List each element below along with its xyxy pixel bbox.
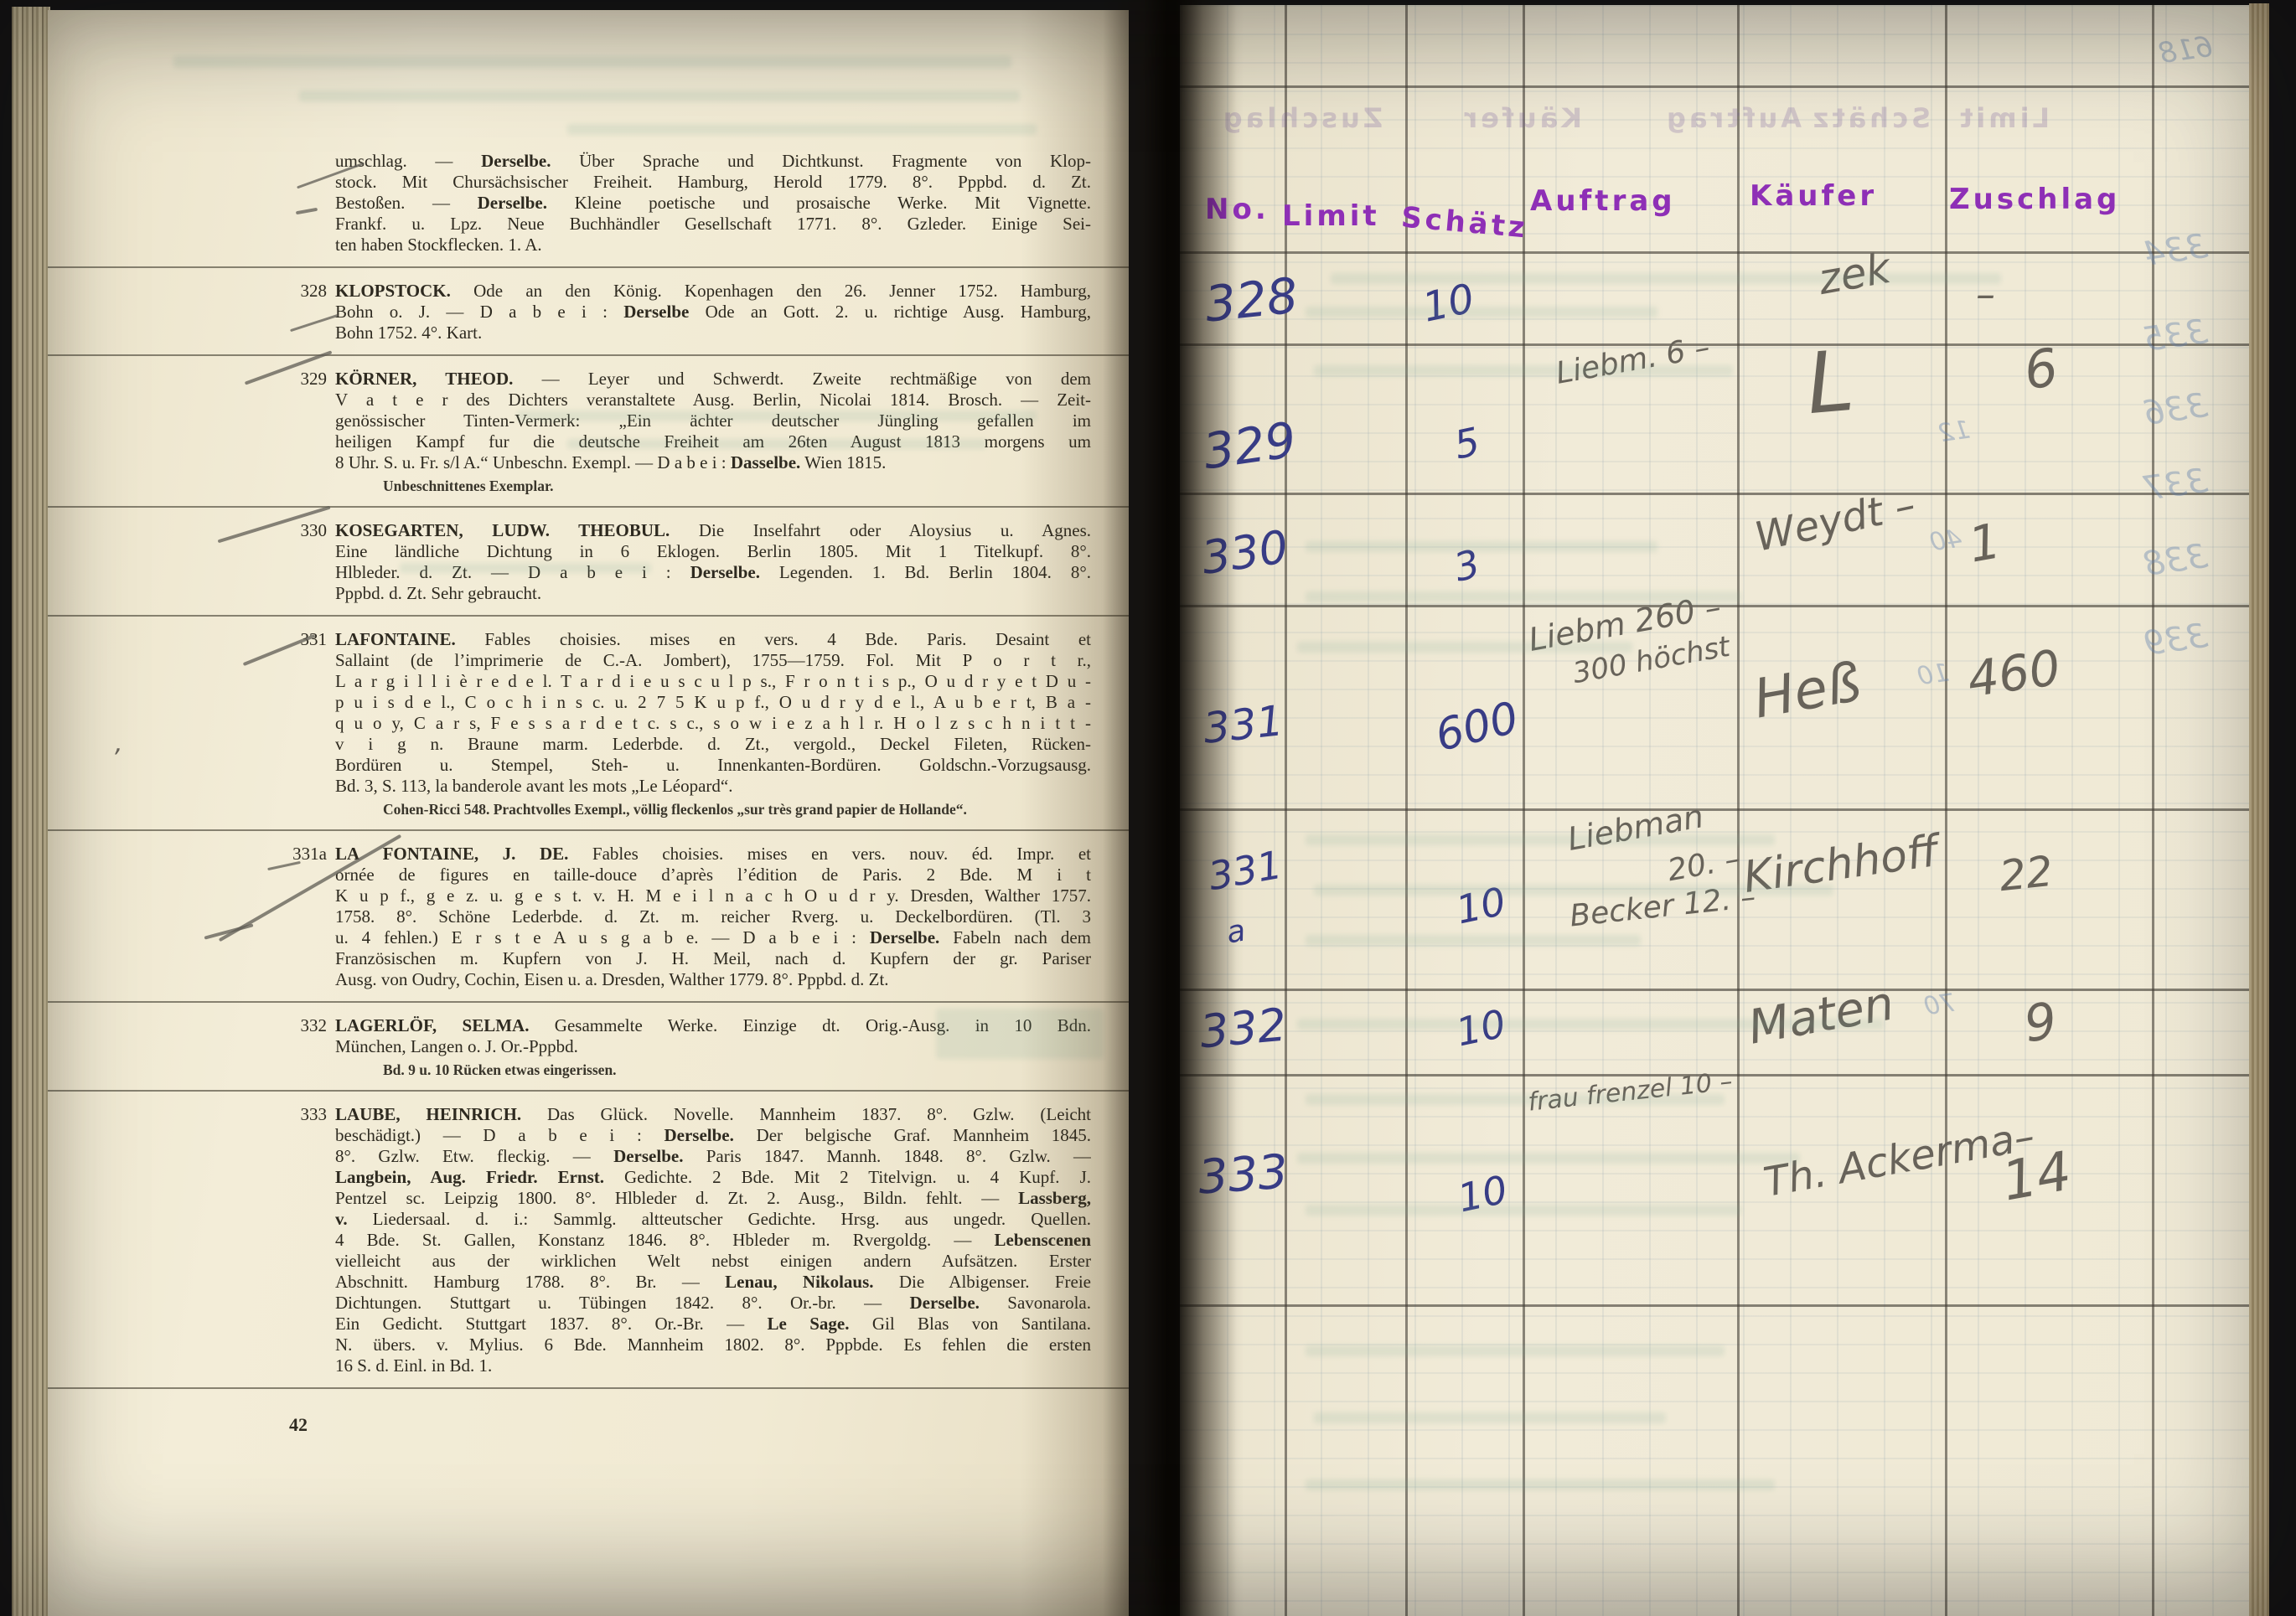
bleedthrough-smudge bbox=[1306, 834, 1775, 845]
bleedthrough-number: 70 bbox=[1922, 989, 1958, 1022]
bleedthrough-number: 339 bbox=[2141, 617, 2210, 663]
bleedthrough-smudge bbox=[1331, 273, 2001, 284]
column-header-no: No. bbox=[1205, 193, 1270, 226]
bold-text: v. bbox=[335, 1209, 348, 1229]
bleedthrough-number: 335 bbox=[2141, 312, 2210, 359]
text-line: v i g n. Braune marm. Lederbde. d. Zt., … bbox=[335, 734, 1091, 755]
cell-schaetz-value: 5 bbox=[1451, 419, 1484, 468]
text: q u o y, C a r s, F e s s a r d e t c. s… bbox=[335, 713, 1091, 733]
text: Gedichte. 2 Bde. Mit 2 Titelvign. u. 4 K… bbox=[604, 1167, 1091, 1187]
text-line: Französischen m. Kupfern von J. H. Meil,… bbox=[335, 948, 1091, 969]
entry-separator bbox=[48, 615, 1129, 617]
catalog-entry: 329KÖRNER, THEOD. — Leyer und Schwerdt. … bbox=[48, 369, 1129, 495]
cell-lot-number: 332 bbox=[1197, 999, 1288, 1059]
bold-text: Lassberg, bbox=[1018, 1188, 1091, 1208]
text: p u i s d e l., C o c h i n s c. u. 2 7 … bbox=[335, 692, 1091, 712]
text-line: Ein Gedicht. Stuttgart 1837. 8°. Or.-Br.… bbox=[335, 1314, 1091, 1335]
text: Gil Blas von Santilana. bbox=[849, 1314, 1091, 1334]
text: ten haben Stockflecken. 1. A. bbox=[335, 235, 542, 255]
text-line: Bohn o. J. — D a b e i : Derselbe Ode an… bbox=[335, 302, 1091, 323]
bleedthrough-smudge bbox=[1297, 1153, 1800, 1164]
text-line: Langbein, Aug. Friedr. Ernst. Gedichte. … bbox=[335, 1167, 1091, 1188]
entry-text: KLOPSTOCK. Ode an den König. Kopenhagen … bbox=[335, 281, 1091, 343]
text-line: Abschnitt. Hamburg 1788. 8°. Br. — Lenau… bbox=[335, 1272, 1091, 1293]
page-stack-edge-left bbox=[12, 7, 50, 1616]
text: ornée de figures en taille-douce d’après… bbox=[335, 865, 1091, 885]
left-page: umschlag. — Derselbe. Über Sprache und D… bbox=[48, 10, 1129, 1616]
entry-note: Cohen-Ricci 548. Prachtvolles Exempl., v… bbox=[383, 801, 1095, 818]
bold-text: LAUBE, HEINRICH. bbox=[335, 1104, 521, 1124]
bold-text: Le Sage. bbox=[768, 1314, 850, 1334]
text-line: 4 Bde. St. Gallen, Konstanz 1846. 8°. Hb… bbox=[335, 1230, 1091, 1251]
entry-separator bbox=[48, 1001, 1129, 1003]
text: Kleine poetische und prosaische Werke. M… bbox=[547, 193, 1091, 213]
text-line: L a r g i l l i è r e d e l. T a r d i e… bbox=[335, 671, 1091, 692]
bleedthrough-number: 336 bbox=[2141, 386, 2210, 433]
bleedthrough-header-label: Käufer bbox=[1461, 102, 1582, 134]
bleedthrough-smudge bbox=[173, 56, 1011, 68]
cell-auftrag-note: Liebman bbox=[1564, 798, 1706, 858]
text-line: v. Liedersaal. d. i.: Sammlg. altteutsch… bbox=[335, 1209, 1091, 1230]
text: Eine ländliche Dichtung in 6 Eklogen. Be… bbox=[335, 541, 1091, 561]
bleedthrough-smudge bbox=[1306, 1205, 1741, 1216]
text-line: ten haben Stockflecken. 1. A. bbox=[335, 235, 1091, 256]
text: Savonarola. bbox=[980, 1293, 1091, 1313]
bleedthrough-header-label: Zuschlag bbox=[1220, 102, 1383, 134]
cell-auftrag-note: 20. – bbox=[1665, 842, 1743, 888]
text: u. 4 fehlen.) E r s t e A u s g a b e. —… bbox=[335, 927, 870, 947]
row-rule bbox=[1180, 1304, 2249, 1307]
bleedthrough-number: 334 bbox=[2141, 227, 2210, 274]
text-line: Bestoßen. — Derselbe. Kleine poetische u… bbox=[335, 193, 1091, 214]
text: Bohn 1752. 4°. Kart. bbox=[335, 323, 482, 343]
text-line: Ausg. von Oudry, Cochin, Eisen u. a. Dre… bbox=[335, 969, 1091, 990]
cell-schaetz-value: 600 bbox=[1430, 693, 1523, 762]
text: stock. Mit Chursächsischer Freiheit. Ham… bbox=[335, 172, 1091, 192]
catalog-entry: 331aLA FONTAINE, J. DE. Fables choisies.… bbox=[48, 844, 1129, 990]
text: Liedersaal. d. i.: Sammlg. altteutscher … bbox=[348, 1209, 1091, 1229]
text: Sallaint (de l’imprimerie de C.-A. Jombe… bbox=[335, 650, 1091, 670]
text: Legenden. 1. Bd. Berlin 1804. 8°. bbox=[760, 562, 1091, 582]
pencil-mark: , bbox=[115, 729, 123, 758]
text-line: 1758. 8°. Schöne Lederbde. d. Zt. m. rei… bbox=[335, 906, 1091, 927]
lot-number: 332 bbox=[48, 1015, 327, 1079]
text-line: Pppbd. d. Zt. Sehr gebraucht. bbox=[335, 583, 1091, 604]
bleedthrough-smudge bbox=[1306, 935, 1641, 946]
column-header-schtz: Schätz bbox=[1400, 200, 1530, 245]
column-header-limit: Limit bbox=[1282, 199, 1380, 233]
text-line: Bohn 1752. 4°. Kart. bbox=[335, 323, 1091, 343]
text: Der belgische Graf. Mannheim 1845. bbox=[734, 1125, 1091, 1145]
text: Das Glück. Novelle. Mannheim 1837. 8°. G… bbox=[521, 1104, 1091, 1124]
cell-lot-number: 333 bbox=[1197, 1144, 1290, 1205]
bleedthrough-smudge bbox=[1306, 541, 1657, 552]
bleedthrough-number: 10 bbox=[1916, 658, 1952, 692]
cell-auftrag-note: Liebm. 6 – bbox=[1554, 330, 1713, 391]
entry-text: LA FONTAINE, J. DE. Fables choisies. mis… bbox=[335, 844, 1091, 990]
entry-text: KOSEGARTEN, LUDW. THEOBUL. Die Inselfahr… bbox=[335, 520, 1091, 604]
cell-lot-number: 328 bbox=[1202, 266, 1301, 333]
bleedthrough-smudge bbox=[1314, 1412, 1666, 1423]
column-header-auftrag: Auftrag bbox=[1530, 184, 1676, 218]
row-rule bbox=[1180, 989, 2249, 991]
row-rule bbox=[1180, 251, 2249, 254]
bold-text: Lenau, Nikolaus. bbox=[725, 1272, 873, 1292]
lot-number: 329 bbox=[48, 369, 327, 495]
bleedthrough-smudge bbox=[1306, 591, 1741, 602]
entry-separator bbox=[48, 354, 1129, 356]
lot-number: 328 bbox=[48, 281, 327, 343]
cell-zuschlag-price: 1 bbox=[1964, 512, 2004, 573]
text-line: p u i s d e l., C o c h i n s c. u. 2 7 … bbox=[335, 692, 1091, 713]
entry-note: Unbeschnittenes Exemplar. bbox=[383, 478, 1095, 495]
text: — Leyer und Schwerdt. Zweite rechtmäßige… bbox=[513, 369, 1091, 389]
text: K u p f., g e z. u. g e s t. v. H. M e i… bbox=[335, 885, 1091, 906]
bleedthrough-smudge bbox=[1306, 1479, 1775, 1490]
text: Pppbd. d. Zt. Sehr gebraucht. bbox=[335, 583, 541, 603]
entry-separator bbox=[48, 829, 1129, 831]
bold-text: KOSEGARTEN, LUDW. THEOBUL. bbox=[335, 520, 670, 540]
right-page: No.LimitSchätzAuftragKäuferZuschlag Limi… bbox=[1180, 5, 2249, 1616]
entry-text: LAFONTAINE. Fables choisies. mises en ve… bbox=[335, 629, 1095, 818]
bleedthrough-smudge bbox=[1297, 642, 1632, 653]
bold-text: Derselbe bbox=[623, 302, 689, 322]
book-scan: umschlag. — Derselbe. Über Sprache und D… bbox=[0, 0, 2296, 1616]
text: Frankf. u. Lpz. Neue Buchhändler Gesells… bbox=[335, 214, 1091, 234]
cell-kaeufer-name: Heß bbox=[1750, 651, 1866, 731]
text-line: ornée de figures en taille-douce d’après… bbox=[335, 865, 1091, 885]
text-line: Bd. 3, S. 113, la banderole avant les mo… bbox=[335, 776, 1091, 797]
text: Ode an Gott. 2. u. richtige Ausg. Hambur… bbox=[689, 302, 1091, 322]
text: 8°. Gzlw. Etw. fleckig. — bbox=[335, 1146, 613, 1166]
bold-text: Langbein, Aug. Friedr. Ernst. bbox=[335, 1167, 604, 1187]
text: Paris 1847. Mannh. 1848. 8°. Gzlw. — bbox=[683, 1146, 1091, 1166]
text: Französischen m. Kupfern von J. H. Meil,… bbox=[335, 948, 1091, 968]
cell-kaeufer-name: L bbox=[1802, 332, 1858, 433]
cell-lot-suffix: a bbox=[1224, 913, 1249, 950]
bold-text: Dasselbe. bbox=[731, 452, 800, 472]
bleedthrough-smudge bbox=[1297, 1019, 1884, 1030]
cell-zuschlag-price: 14 bbox=[1998, 1140, 2076, 1213]
text: Ausg. von Oudry, Cochin, Eisen u. a. Dre… bbox=[335, 969, 889, 989]
text-line: stock. Mit Chursächsischer Freiheit. Ham… bbox=[335, 172, 1091, 193]
text-line: 8 Uhr. S. u. Fr. s/l A.“ Unbeschn. Exemp… bbox=[335, 452, 1091, 473]
entry-separator bbox=[48, 266, 1129, 268]
text: Bestoßen. — bbox=[335, 193, 478, 213]
text: Wien 1815. bbox=[800, 452, 886, 472]
text-line: LAFONTAINE. Fables choisies. mises en ve… bbox=[335, 629, 1091, 650]
left-page-content: umschlag. — Derselbe. Über Sprache und D… bbox=[48, 10, 1129, 1616]
column-header-zuschlag: Zuschlag bbox=[1949, 183, 2120, 216]
text-line: q u o y, C a r s, F e s s a r d e t c. s… bbox=[335, 713, 1091, 734]
text: Ein Gedicht. Stuttgart 1837. 8°. Or.-Br.… bbox=[335, 1314, 768, 1334]
entry-separator bbox=[48, 1090, 1129, 1092]
catalog-entry: 328KLOPSTOCK. Ode an den König. Kopenhag… bbox=[48, 281, 1129, 343]
bold-text: LAGERLÖF, SELMA. bbox=[335, 1015, 529, 1035]
bleedthrough-number: 12 bbox=[1937, 416, 1973, 449]
bold-text: Derselbe. bbox=[690, 562, 760, 582]
bleedthrough-smudge bbox=[1306, 307, 1657, 318]
cell-kaeufer-name: Th. Ackerma– bbox=[1761, 1113, 2038, 1206]
bold-text: LAFONTAINE. bbox=[335, 629, 456, 649]
text: Fabeln nach dem bbox=[939, 927, 1091, 947]
entry-separator bbox=[48, 506, 1129, 508]
text-line: u. 4 fehlen.) E r s t e A u s g a b e. —… bbox=[335, 927, 1091, 948]
bleedthrough-header-label: Schätz bbox=[1810, 102, 1931, 134]
bleedthrough-smudge bbox=[567, 124, 1037, 135]
text-line: K u p f., g e z. u. g e s t. v. H. M e i… bbox=[335, 885, 1091, 906]
text: Ode an den König. Kopenhagen den 26. Jen… bbox=[451, 281, 1091, 301]
text-line: KLOPSTOCK. Ode an den König. Kopenhagen … bbox=[335, 281, 1091, 302]
text: 16 S. d. Einl. in Bd. 1. bbox=[335, 1355, 492, 1376]
text: Die Albigenser. Freie bbox=[874, 1272, 1091, 1292]
bleedthrough-smudge bbox=[299, 90, 1020, 101]
page-number: 42 bbox=[289, 1414, 1129, 1436]
bleedthrough-smudge bbox=[936, 1009, 1104, 1059]
bold-text: Derselbe. bbox=[481, 151, 551, 171]
text: umschlag. — bbox=[335, 151, 481, 171]
lot-number: 330 bbox=[48, 520, 327, 604]
bleedthrough-smudge bbox=[517, 410, 1037, 421]
row-rule bbox=[1180, 343, 2249, 346]
text-line: beschädigt.) — D a b e i : Derselbe. Der… bbox=[335, 1125, 1091, 1146]
text: v i g n. Braune marm. Lederbde. d. Zt., … bbox=[335, 734, 1091, 754]
cell-zuschlag-price: 22 bbox=[1997, 847, 2055, 901]
text: 4 Bde. St. Gallen, Konstanz 1846. 8°. Hb… bbox=[335, 1230, 995, 1250]
catalog-entry: 331LAFONTAINE. Fables choisies. mises en… bbox=[48, 629, 1129, 818]
entry-text: LAUBE, HEINRICH. Das Glück. Novelle. Man… bbox=[335, 1104, 1091, 1376]
bold-text: Derselbe. bbox=[910, 1293, 980, 1313]
entry-text: KÖRNER, THEOD. — Leyer und Schwerdt. Zwe… bbox=[335, 369, 1095, 495]
bold-text: Derselbe. bbox=[664, 1125, 733, 1145]
bold-text: Derselbe. bbox=[870, 927, 939, 947]
text: Bd. 3, S. 113, la banderole avant les mo… bbox=[335, 776, 733, 796]
text: Abschnitt. Hamburg 1788. 8°. Br. — bbox=[335, 1272, 725, 1292]
text: 1758. 8°. Schöne Lederbde. d. Zt. m. rei… bbox=[335, 906, 1091, 927]
bleedthrough-number: 338 bbox=[2141, 537, 2210, 584]
bold-text: KLOPSTOCK. bbox=[335, 281, 451, 301]
bleedthrough-smudge bbox=[1314, 885, 1833, 896]
cell-zuschlag-price: 9 bbox=[2020, 992, 2061, 1055]
lot-number: 331 bbox=[48, 629, 327, 818]
cell-zuschlag-price: 6 bbox=[2020, 337, 2061, 402]
text-line: KÖRNER, THEOD. — Leyer und Schwerdt. Zwe… bbox=[335, 369, 1091, 390]
bleedthrough-smudge bbox=[1306, 1345, 1725, 1356]
page-stack-edge-right bbox=[2249, 3, 2269, 1616]
bold-text: Lebenscenen bbox=[995, 1230, 1092, 1250]
text-line: LA FONTAINE, J. DE. Fables choisies. mis… bbox=[335, 844, 1091, 865]
catalog-entry: 333LAUBE, HEINRICH. Das Glück. Novelle. … bbox=[48, 1104, 1129, 1376]
bleedthrough-smudge bbox=[400, 563, 651, 573]
row-rule bbox=[1180, 493, 2249, 495]
text: München, Langen o. J. Or.-Pppbd. bbox=[335, 1036, 578, 1056]
bold-text: KÖRNER, THEOD. bbox=[335, 369, 513, 389]
text: vielleicht aus der wirklichen Welt nebst… bbox=[335, 1251, 1091, 1271]
bleedthrough-header-label: Limit bbox=[1957, 102, 2050, 134]
text: beschädigt.) — D a b e i : bbox=[335, 1125, 664, 1145]
text-line: vielleicht aus der wirklichen Welt nebst… bbox=[335, 1251, 1091, 1272]
bleedthrough-smudge bbox=[567, 439, 986, 449]
text: 8 Uhr. S. u. Fr. s/l A.“ Unbeschn. Exemp… bbox=[335, 452, 731, 472]
bleedthrough-number: 618 bbox=[2157, 30, 2216, 71]
text-line: 16 S. d. Einl. in Bd. 1. bbox=[335, 1355, 1091, 1376]
lot-number: 333 bbox=[48, 1104, 327, 1376]
text: Dichtungen. Stuttgart u. Tübingen 1842. … bbox=[335, 1293, 910, 1313]
text-line: V a t e r des Dichters veranstaltete Aus… bbox=[335, 390, 1091, 410]
text: L a r g i l l i è r e d e l. T a r d i e… bbox=[335, 671, 1091, 691]
cell-zuschlag-price: 460 bbox=[1964, 639, 2064, 709]
bleedthrough-number: 40 bbox=[1928, 524, 1964, 558]
text: Fables choisies. mises en vers. 4 Bde. P… bbox=[456, 629, 1091, 649]
column-header-kufer: Käufer bbox=[1750, 179, 1877, 213]
text-line: Bordüren u. Stempel, Steh- u. Innenkante… bbox=[335, 755, 1091, 776]
text: Die Inselfahrt oder Aloysius u. Agnes. bbox=[670, 520, 1091, 540]
bleedthrough-smudge bbox=[1314, 365, 1733, 376]
bold-text: Derselbe. bbox=[478, 193, 547, 213]
text-line: KOSEGARTEN, LUDW. THEOBUL. Die Inselfahr… bbox=[335, 520, 1091, 541]
bleedthrough-header: LimitSchätzAuftragKäuferZuschlag bbox=[1180, 102, 2152, 152]
row-rule bbox=[1180, 85, 2249, 88]
text-line: 8°. Gzlw. Etw. fleckig. — Derselbe. Pari… bbox=[335, 1146, 1091, 1167]
bold-text: Derselbe. bbox=[613, 1146, 683, 1166]
bleedthrough-smudge bbox=[1306, 1094, 1725, 1105]
text-line: Eine ländliche Dichtung in 6 Eklogen. Be… bbox=[335, 541, 1091, 562]
text: N. übers. v. Mylius. 6 Bde. Mannheim 180… bbox=[335, 1335, 1091, 1355]
catalog-entry: 330KOSEGARTEN, LUDW. THEOBUL. Die Inself… bbox=[48, 520, 1129, 604]
cell-lot-number: 331 bbox=[1201, 696, 1285, 753]
text-line: umschlag. — Derselbe. Über Sprache und D… bbox=[335, 151, 1091, 172]
bleedthrough-number: 337 bbox=[2141, 462, 2210, 509]
continuation-paragraph: umschlag. — Derselbe. Über Sprache und D… bbox=[335, 151, 1129, 256]
row-rule bbox=[1180, 808, 2249, 811]
text: Bordüren u. Stempel, Steh- u. Innenkante… bbox=[335, 755, 1091, 775]
text: Fables choisies. mises en vers. nouv. éd… bbox=[568, 844, 1091, 864]
entry-note: Bd. 9 u. 10 Rücken etwas eingerissen. bbox=[383, 1061, 1095, 1079]
text-line: Dichtungen. Stuttgart u. Tübingen 1842. … bbox=[335, 1293, 1091, 1314]
cell-lot-number: 331 bbox=[1205, 842, 1285, 899]
text: Pentzel sc. Leipzig 1800. 8°. Hlbleder d… bbox=[335, 1188, 1018, 1208]
text-line: Frankf. u. Lpz. Neue Buchhändler Gesells… bbox=[335, 214, 1091, 235]
text-line: Pentzel sc. Leipzig 1800. 8°. Hlbleder d… bbox=[335, 1188, 1091, 1209]
cell-lot-number: 330 bbox=[1198, 520, 1291, 585]
text-line: LAUBE, HEINRICH. Das Glück. Novelle. Man… bbox=[335, 1104, 1091, 1125]
entry-separator bbox=[48, 1387, 1129, 1389]
bleedthrough-header-label: Auftrag bbox=[1663, 102, 1802, 134]
text: V a t e r des Dichters veranstaltete Aus… bbox=[335, 390, 1091, 410]
text-line: N. übers. v. Mylius. 6 Bde. Mannheim 180… bbox=[335, 1335, 1091, 1355]
text: Über Sprache und Dichtkunst. Fragmente v… bbox=[551, 151, 1091, 171]
text-line: Sallaint (de l’imprimerie de C.-A. Jombe… bbox=[335, 650, 1091, 671]
text: Bohn o. J. — D a b e i : bbox=[335, 302, 623, 322]
